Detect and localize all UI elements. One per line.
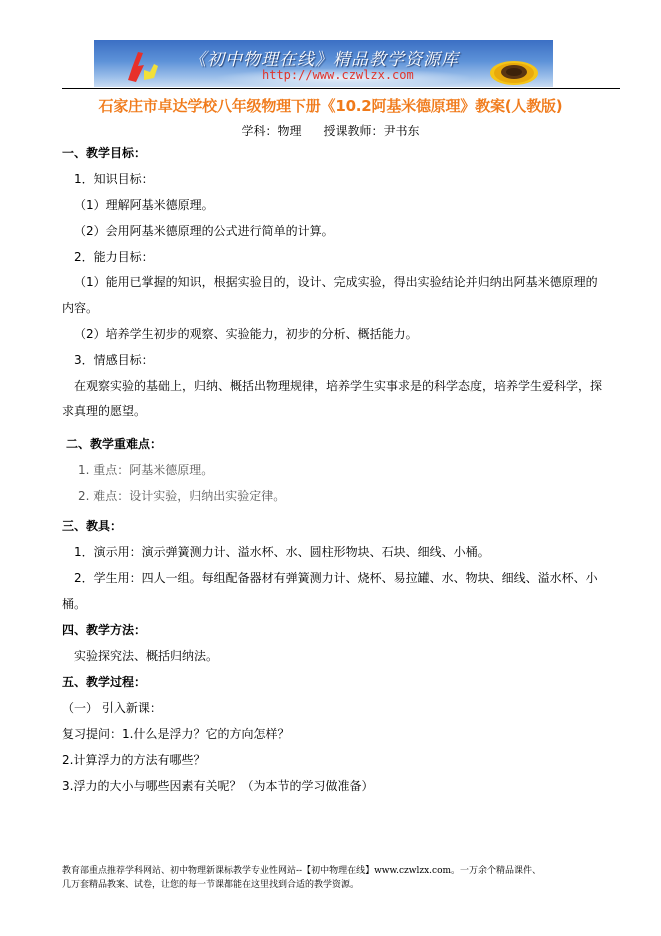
objective-ability-item-cont: 内容。 <box>62 300 98 316</box>
document-title: 石家庄市卓达学校八年级物理下册《10.2阿基米德原理》教案(人教版) <box>0 95 661 116</box>
process-subheading: （一） 引入新课： <box>62 700 162 716</box>
footer-line: 教育部重点推荐学科网站、初中物理新课标教学专业性网站--【初中物理在线】www.… <box>62 864 541 878</box>
teaching-aid-item: 1．演示用：演示弹簧测力计、溢水杯、水、圆柱形物块、石块、细线、小桶。 <box>74 544 490 560</box>
objective-emotion-label: 3．情感目标： <box>74 352 154 368</box>
key-point-item: 2. 难点：设计实验，归纳出实验定律。 <box>78 488 285 504</box>
review-question: 3.浮力的大小与哪些因素有关呢？（为本节的学习做准备） <box>62 778 373 794</box>
objective-ability-item: （1）能用已掌握的知识，根据实验目的，设计、完成实验，得出实验结论并归纳出阿基米… <box>74 274 598 290</box>
section-heading-teaching-aids: 三、教具： <box>62 518 122 534</box>
teaching-aid-item-cont: 桶。 <box>62 596 86 612</box>
review-question: 复习提问：1.什么是浮力？它的方向怎样？ <box>62 726 289 742</box>
objective-emotion-item: 在观察实验的基础上，归纳、概括出物理规律，培养学生实事求是的科学态度，培养学生爱… <box>74 378 602 394</box>
section-heading-methods: 四、教学方法： <box>62 622 146 638</box>
key-point-item: 1. 重点：阿基米德原理。 <box>78 462 213 478</box>
review-question: 2.计算浮力的方法有哪些？ <box>62 752 205 768</box>
teacher-label: 授课教师：尹书东 <box>324 124 420 138</box>
header-banner: 《初中物理在线》精品教学资源库 http://www.czwlzx.com <box>94 40 553 87</box>
footer-line: 几万套精品教案、试卷，让您的每一节课都能在这里找到合适的教学资源。 <box>62 878 541 892</box>
objective-ability-item: （2）培养学生初步的观察、实验能力，初步的分析、概括能力。 <box>74 326 418 342</box>
sunflower-icon <box>489 56 539 87</box>
subject-label: 学科：物理 <box>241 124 301 138</box>
site-logo-icon <box>124 50 164 84</box>
section-heading-key-points: 二、教学重难点： <box>66 436 162 452</box>
header-divider <box>62 88 620 89</box>
section-heading-process: 五、教学过程： <box>62 674 146 690</box>
objective-knowledge-label: 1．知识目标： <box>74 171 154 187</box>
document-subtitle: 学科：物理授课教师：尹书东 <box>0 122 661 139</box>
method-item: 实验探究法、概括归纳法。 <box>74 648 218 664</box>
banner-url: http://www.czwlzx.com <box>262 68 414 82</box>
objective-knowledge-item: （1）理解阿基米德原理。 <box>74 197 214 213</box>
objective-knowledge-item: （2）会用阿基米德原理的公式进行简单的计算。 <box>74 223 334 239</box>
objective-ability-label: 2．能力目标： <box>74 249 154 265</box>
teaching-aid-item: 2．学生用：四人一组。每组配备器材有弹簧测力计、烧杯、易拉罐、水、物块、细线、溢… <box>74 570 598 586</box>
footer-note: 教育部重点推荐学科网站、初中物理新课标教学专业性网站--【初中物理在线】www.… <box>62 864 541 892</box>
banner-title: 《初中物理在线》精品教学资源库 <box>189 45 459 70</box>
section-heading-objectives: 一、教学目标： <box>62 145 146 161</box>
objective-emotion-item-cont: 求真理的愿望。 <box>62 403 146 419</box>
